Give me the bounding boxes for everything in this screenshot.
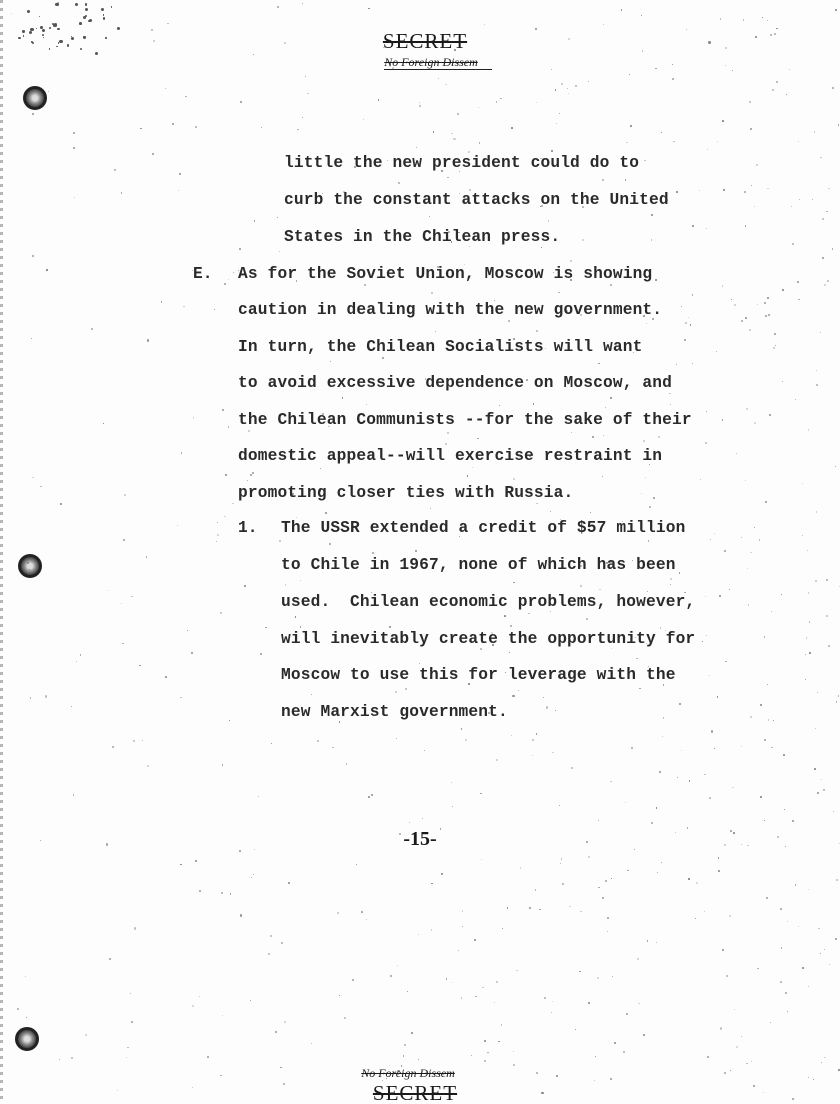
text-line: The USSR extended a credit of $57 millio…	[281, 518, 685, 538]
text-line: Moscow to use this for leverage with the	[281, 665, 676, 685]
text-line: will inevitably create the opportunity f…	[281, 629, 695, 649]
text-line: curb the constant attacks on the United	[284, 190, 669, 210]
punch-hole-icon	[15, 1027, 39, 1051]
text-line: In turn, the Chilean Socialists will wan…	[238, 337, 642, 357]
text-line: promoting closer ties with Russia.	[238, 483, 573, 503]
dissemination-label: No Foreign Dissem	[384, 55, 492, 70]
classification-label: SECRET	[373, 1082, 457, 1104]
text-line: new Marxist government.	[281, 702, 508, 722]
punch-hole-icon	[23, 86, 47, 110]
text-line: States in the Chilean press.	[284, 227, 560, 247]
section-marker: E.	[193, 264, 212, 284]
footer-classification: No Foreign Dissem SECRET	[0, 1064, 840, 1104]
text-line: domestic appeal--will exercise restraint…	[238, 446, 662, 466]
text-line: caution in dealing with the new governme…	[238, 300, 662, 320]
classification-label: SECRET	[383, 30, 467, 52]
text-line: little the new president could do to	[284, 153, 639, 173]
text-line: to avoid excessive dependence on Moscow,…	[238, 373, 672, 393]
header-classification: SECRET No Foreign Dissem	[0, 30, 840, 71]
text-line: used. Chilean economic problems, however…	[281, 592, 695, 612]
scan-edge-artifact	[0, 0, 3, 1104]
text-line: As for the Soviet Union, Moscow is showi…	[238, 264, 652, 284]
text-line: the Chilean Communists --for the sake of…	[238, 410, 692, 430]
punch-hole-icon	[18, 554, 42, 578]
document-page: SECRET No Foreign Dissem little the new …	[0, 0, 840, 1104]
dissemination-label: No Foreign Dissem	[361, 1066, 461, 1080]
page-number: -15-	[0, 828, 840, 851]
item-marker: 1.	[238, 518, 257, 538]
text-line: to Chile in 1967, none of which has been	[281, 555, 676, 575]
